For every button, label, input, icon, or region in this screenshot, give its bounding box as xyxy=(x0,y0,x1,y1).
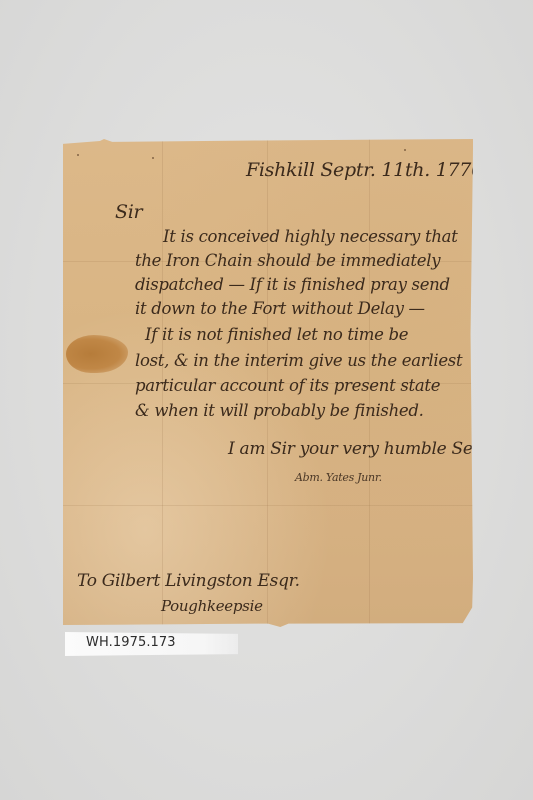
signature: Abm. Yates Junr. xyxy=(295,471,382,484)
addressee-place: Poughkeepsie xyxy=(161,597,263,615)
body-line: the Iron Chain should be immediately xyxy=(135,251,440,270)
body-line: particular account of its present state xyxy=(135,376,440,395)
closing: I am Sir your very humble Servt. xyxy=(228,439,501,459)
body-line: It is conceived highly necessary that xyxy=(163,227,458,246)
salutation: Sir xyxy=(115,201,142,223)
body-line: it down to the Fort without Delay — xyxy=(135,299,425,318)
addressee: To Gilbert Livingston Esqr. xyxy=(77,571,300,591)
body-line: lost, & in the interim give us the earli… xyxy=(135,351,462,370)
paper-spot xyxy=(152,157,154,159)
body-line: & when it will probably be finished. xyxy=(135,401,424,420)
paper-spot xyxy=(77,154,79,156)
accession-label: WH.1975.173 xyxy=(65,632,238,656)
body-line: dispatched — If it is finished pray send xyxy=(135,275,450,294)
accession-number: WH.1975.173 xyxy=(86,635,176,650)
letter-paper: Fishkill Septr. 11th. 1776 Sir It is con… xyxy=(63,139,473,627)
fold-crease xyxy=(63,505,473,506)
paper-spot xyxy=(404,149,406,151)
dateline: Fishkill Septr. 11th. 1776 xyxy=(246,159,483,181)
water-stain xyxy=(66,335,128,373)
body-line: If it is not finished let no time be xyxy=(145,325,408,344)
